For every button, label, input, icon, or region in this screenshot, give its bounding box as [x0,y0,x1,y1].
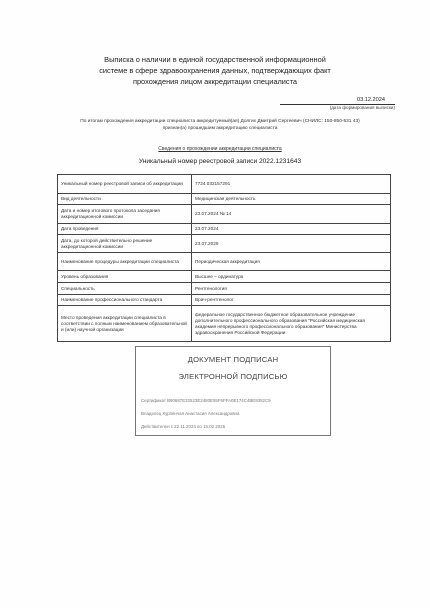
title-line: системе в сфере здравоохранения данных, … [60,65,370,76]
row-label: Дата проведения [58,224,192,235]
row-label: Уровень образования [58,271,192,283]
table-row: Уникальный номер реестровой записи об ак… [58,175,391,194]
table-row: Наименование профессионального стандарта… [58,295,391,306]
intro-statement: По итогам прохождения аккредитации специ… [52,118,388,132]
signature-owner: Владелец Курпянчая Анастасия Александров… [141,411,239,416]
table-row: Дата, до которой действительно решение а… [58,235,391,253]
table-row: Специальность Рентгенология [58,283,391,295]
signature-heading-line2: ЭЛЕКТРОННОЙ ПОДПИСЬЮ [136,372,330,381]
table-row: Место проведения аккредитации специалист… [58,306,391,342]
table-row: Дата и номер итогового протокола заседан… [58,205,391,224]
intro-line: По итогам прохождения аккредитации специ… [52,118,388,125]
table-row: Уровень образования Высшее – ординатура [58,271,391,283]
document-page: Выписка о наличии в единой государственн… [0,0,430,608]
row-value: 23.07.2029 [192,235,391,253]
row-value: 7724 032157291 [192,175,391,194]
table-row: Вид деятельности Медицинская деятельност… [58,194,391,205]
row-value: 23.07.2024 № 14 [192,205,391,224]
document-title: Выписка о наличии в единой государственн… [60,54,370,87]
issue-date: 03.12.2024 [280,97,395,105]
signature-certificate: Сертификат B90687E32523E2480E55F6FFA0E17… [141,398,271,403]
accreditation-table: Уникальный номер реестровой записи об ак… [57,174,391,342]
row-label: Место проведения аккредитации специалист… [58,306,192,342]
section-heading: Сведения о прохождении аккредитации спец… [110,146,330,152]
title-line: прохождения лицом аккредитации специалис… [60,76,370,87]
row-value: Медицинская деятельность [192,194,391,205]
issue-date-block: 03.12.2024 (дата формирования выписки) [280,97,395,111]
row-label: Специальность [58,283,192,295]
signature-heading-line1: ДОКУМЕНТ ПОДПИСАН [136,355,330,364]
issue-date-caption: (дата формирования выписки) [280,105,395,111]
table-row: Дата проведения 23.07.2024 [58,224,391,235]
row-value: Рентгенология [192,283,391,295]
row-label: Дата, до которой действительно решение а… [58,235,192,253]
registry-number: Уникальный номер реестровой записи 2022.… [110,158,330,165]
signature-validity: Действителен с 22.11.2024 по 15.02.2026 [141,424,225,429]
electronic-signature-stamp: ДОКУМЕНТ ПОДПИСАН ЭЛЕКТРОННОЙ ПОДПИСЬЮ С… [135,346,331,436]
row-value: федеральное государственное бюджетное об… [192,306,391,342]
row-label: Наименование профессионального стандарта [58,295,192,306]
row-label: Вид деятельности [58,194,192,205]
intro-line: признан(а) прошедшим аккредитацию специа… [52,125,388,132]
row-value: Периодическая аккредитация [192,253,391,271]
row-value: Высшее – ординатура [192,271,391,283]
row-value: Врач-рентгенолог [192,295,391,306]
row-value: 23.07.2024 [192,224,391,235]
title-line: Выписка о наличии в единой государственн… [60,54,370,65]
table-row: Наименование процедуры аккредитации спец… [58,253,391,271]
row-label: Дата и номер итогового протокола заседан… [58,205,192,224]
row-label: Наименование процедуры аккредитации спец… [58,253,192,271]
row-label: Уникальный номер реестровой записи об ак… [58,175,192,194]
